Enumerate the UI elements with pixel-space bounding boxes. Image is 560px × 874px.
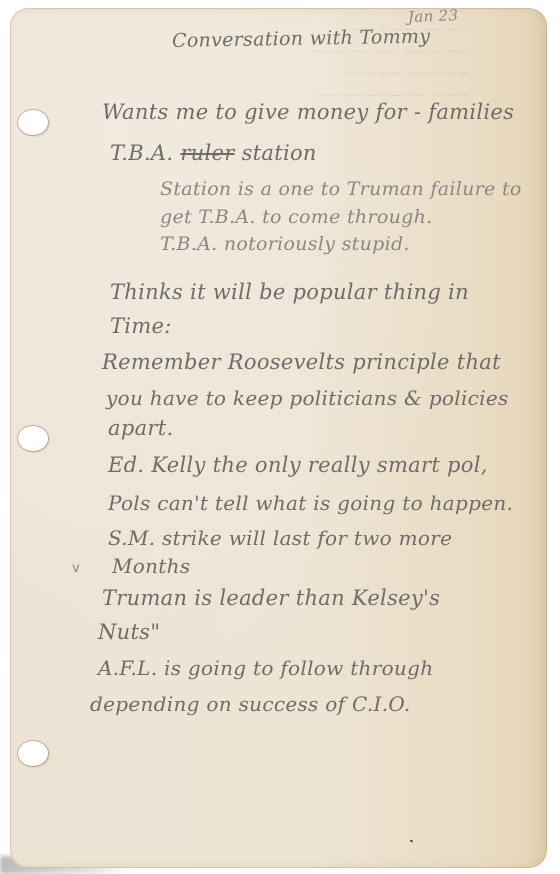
note-line-15: Truman is leader than Kelsey's — [102, 586, 440, 610]
binder-hole-bottom — [18, 741, 48, 766]
note-abbrev-tba: T.B.A. — [110, 141, 173, 165]
note-line-17: A.F.L. is going to follow through — [98, 656, 433, 680]
note-line-10: apart. — [108, 416, 173, 440]
note-line-14: Months — [112, 554, 190, 578]
note-word-station: station — [242, 141, 317, 165]
note-line-3: Station is a one to Truman failure to — [160, 178, 522, 200]
note-line-2: T.B.A. ruler station — [110, 141, 317, 165]
note-line-7: Time: — [110, 314, 172, 338]
note-line-13: S.M. strike will last for two more — [108, 526, 452, 550]
note-line-6: Thinks it will be popular thing in — [110, 280, 469, 304]
page-date: Jan 23 — [408, 6, 459, 26]
note-line-8: Remember Roosevelts principle that — [102, 350, 501, 374]
note-line-9: you have to keep politicians & policies — [106, 386, 509, 410]
note-line-12: Pols can't tell what is going to happen. — [108, 491, 513, 515]
note-line-16: Nuts" — [98, 620, 160, 644]
struck-word: ruler — [180, 141, 234, 165]
binder-hole-top — [18, 110, 48, 135]
note-line-1: Wants me to give money for - families — [102, 100, 514, 124]
margin-checkmark: v — [72, 561, 80, 576]
note-line-11: Ed. Kelly the only really smart pol, — [108, 453, 488, 477]
note-line-18: depending on success of C.I.O. — [90, 692, 411, 716]
binder-hole-middle — [18, 426, 48, 451]
note-line-4: get T.B.A. to come through. — [160, 206, 432, 228]
note-line-5: T.B.A. notoriously stupid. — [160, 233, 410, 255]
notebook-page: ~~~~ ~~~~~ ~~~ ~~ ~~~~~~~ ~~~~~ ~~~~~ ~~… — [10, 8, 547, 868]
page-title: Conversation with Tommy — [172, 25, 431, 52]
paper-speck — [410, 839, 414, 842]
